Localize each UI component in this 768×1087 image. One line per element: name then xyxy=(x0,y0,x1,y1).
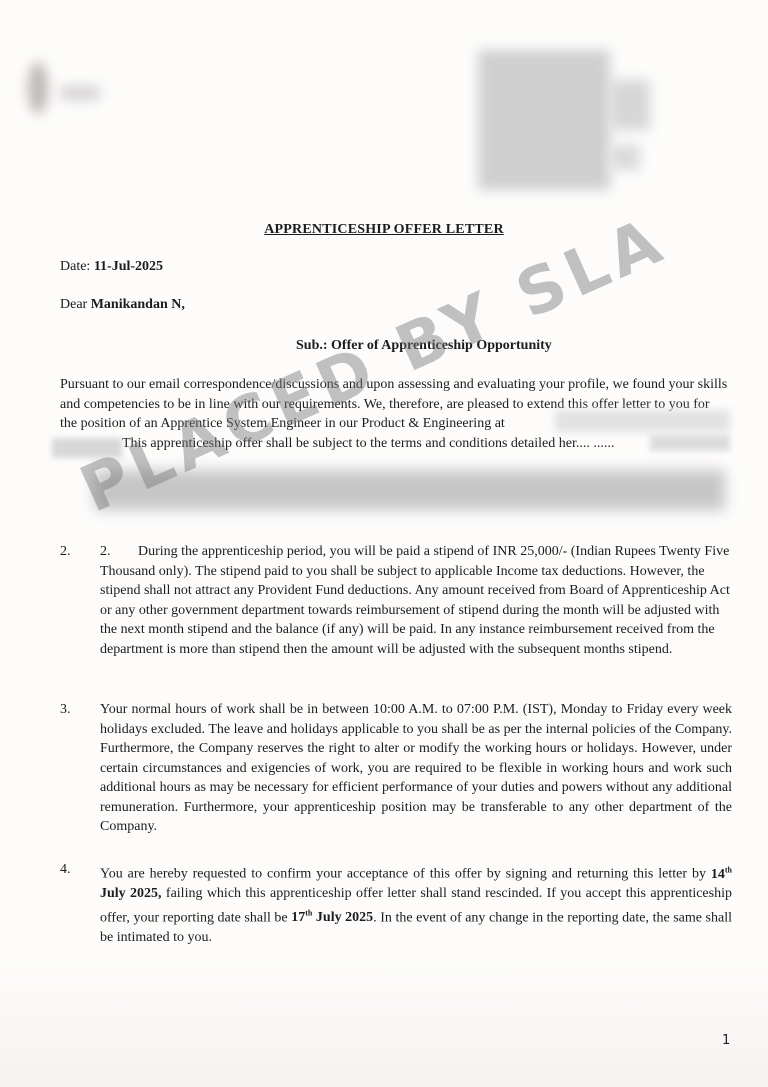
paper-shading xyxy=(0,960,768,1087)
salutation: Dear Manikandan N, xyxy=(60,297,185,313)
intro-text-continued: This apprenticeship offer shall be subje… xyxy=(122,436,614,451)
date-value: 11-Jul-2025 xyxy=(94,259,163,274)
clause-3: 3. Your normal hours of work shall be in… xyxy=(60,700,732,837)
company-logo-redacted xyxy=(28,62,48,114)
clause-text: You are hereby requested to confirm your… xyxy=(100,867,711,882)
redacted-text xyxy=(52,438,122,458)
subject-line: Sub.: Offer of Apprenticeship Opportunit… xyxy=(296,338,552,354)
company-address-redacted xyxy=(478,50,610,190)
clause-4: 4. You are hereby requested to confirm y… xyxy=(60,860,732,947)
reporting-date: 17th July 2025 xyxy=(291,910,373,925)
clause-number: 4. xyxy=(60,860,71,880)
redacted-clause-1 xyxy=(95,470,725,510)
clause-number: 2. xyxy=(60,542,71,562)
letter-date: Date: 11-Jul-2025 xyxy=(60,259,163,275)
company-address-redacted-part xyxy=(610,80,650,130)
company-logo-text-redacted xyxy=(60,86,100,100)
date-label: Date: xyxy=(60,259,94,274)
company-address-redacted-part xyxy=(610,145,640,170)
clause-text: During the apprenticeship period, you wi… xyxy=(100,544,730,657)
clause-text: Your normal hours of work shall be in be… xyxy=(100,700,732,837)
clause-number: 3. xyxy=(60,700,71,720)
salutation-prefix: Dear xyxy=(60,297,91,312)
clause-sub-number: 2. xyxy=(100,542,138,562)
recipient-name: Manikandan N, xyxy=(91,297,185,312)
page-number: 1 xyxy=(722,1033,730,1048)
document-title: APPRENTICESHIP OFFER LETTER xyxy=(0,222,768,238)
clause-2: 2. 2.During the apprenticeship period, y… xyxy=(60,542,732,659)
redacted-text xyxy=(650,435,730,451)
redacted-text xyxy=(555,410,730,432)
